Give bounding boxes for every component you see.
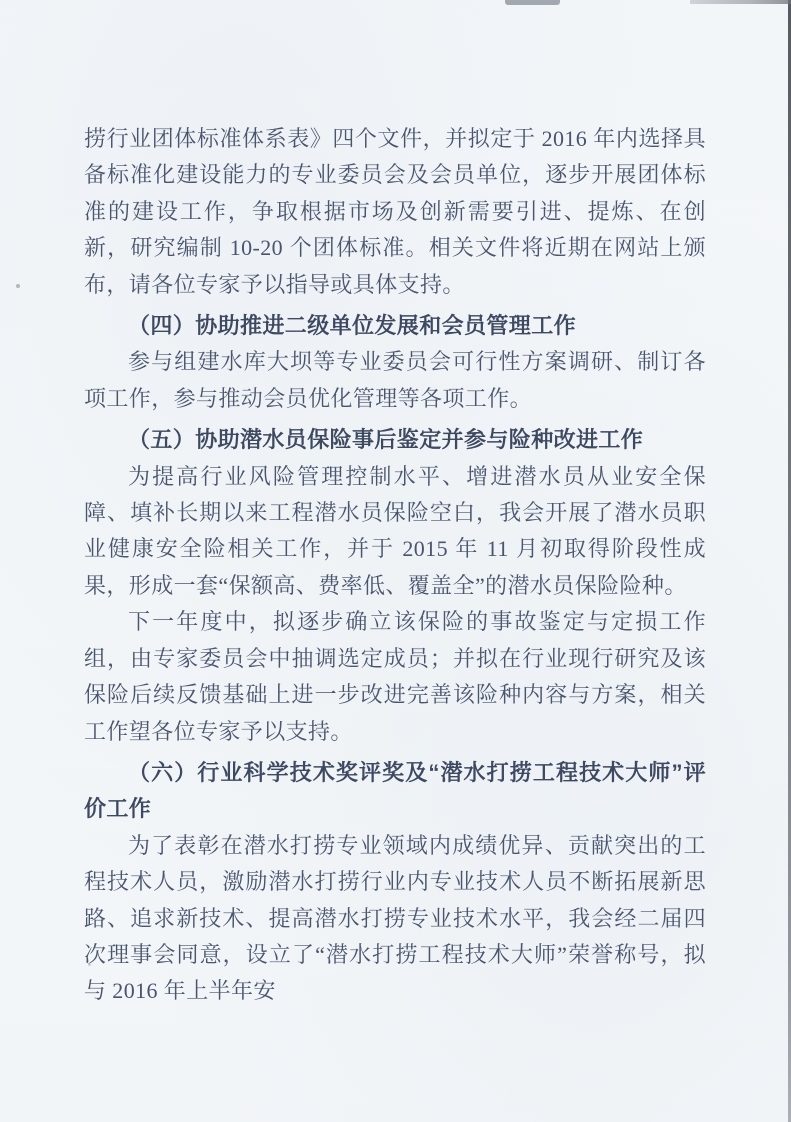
body-paragraph: 为提高行业风险管理控制水平、增进潜水员从业安全保障、填补长期以来工程潜水员保险空… bbox=[84, 459, 706, 605]
body-paragraph: 下一年度中，拟逐步确立该保险的事故鉴定与定损工作组，由专家委员会中抽调选定成员；… bbox=[84, 604, 706, 750]
body-paragraph: 参与组建水库大坝等专业委员会可行性方案调研、制订各项工作，参与推动会员优化管理等… bbox=[84, 344, 706, 417]
section-heading-six: （六）行业科学技术奖评奖及“潜水打捞工程技术大师”评价工作 bbox=[84, 755, 706, 828]
body-paragraph-continuation: 捞行业团体标准体系表》四个文件，并拟定于 2016 年内选择具备标准化建设能力的… bbox=[84, 121, 706, 303]
scan-artifact-top-edge bbox=[690, 0, 791, 4]
body-paragraph: 为了表彰在潜水打捞专业领域内成绩优异、贡献突出的工程技术人员，激励潜水打捞行业内… bbox=[84, 828, 706, 1010]
document-text-block: 捞行业团体标准体系表》四个文件，并拟定于 2016 年内选择具备标准化建设能力的… bbox=[0, 0, 791, 1122]
section-heading-four: （四）协助推进二级单位发展和会员管理工作 bbox=[84, 308, 706, 344]
scan-artifact-smudge bbox=[505, 0, 560, 5]
section-heading-five: （五）协助潜水员保险事后鉴定并参与险种改进工作 bbox=[84, 422, 706, 458]
scanned-document-page: { "document": { "language": "zh", "parag… bbox=[0, 0, 791, 1122]
scan-artifact-speck bbox=[16, 284, 20, 288]
scan-artifact-speck bbox=[88, 963, 91, 966]
